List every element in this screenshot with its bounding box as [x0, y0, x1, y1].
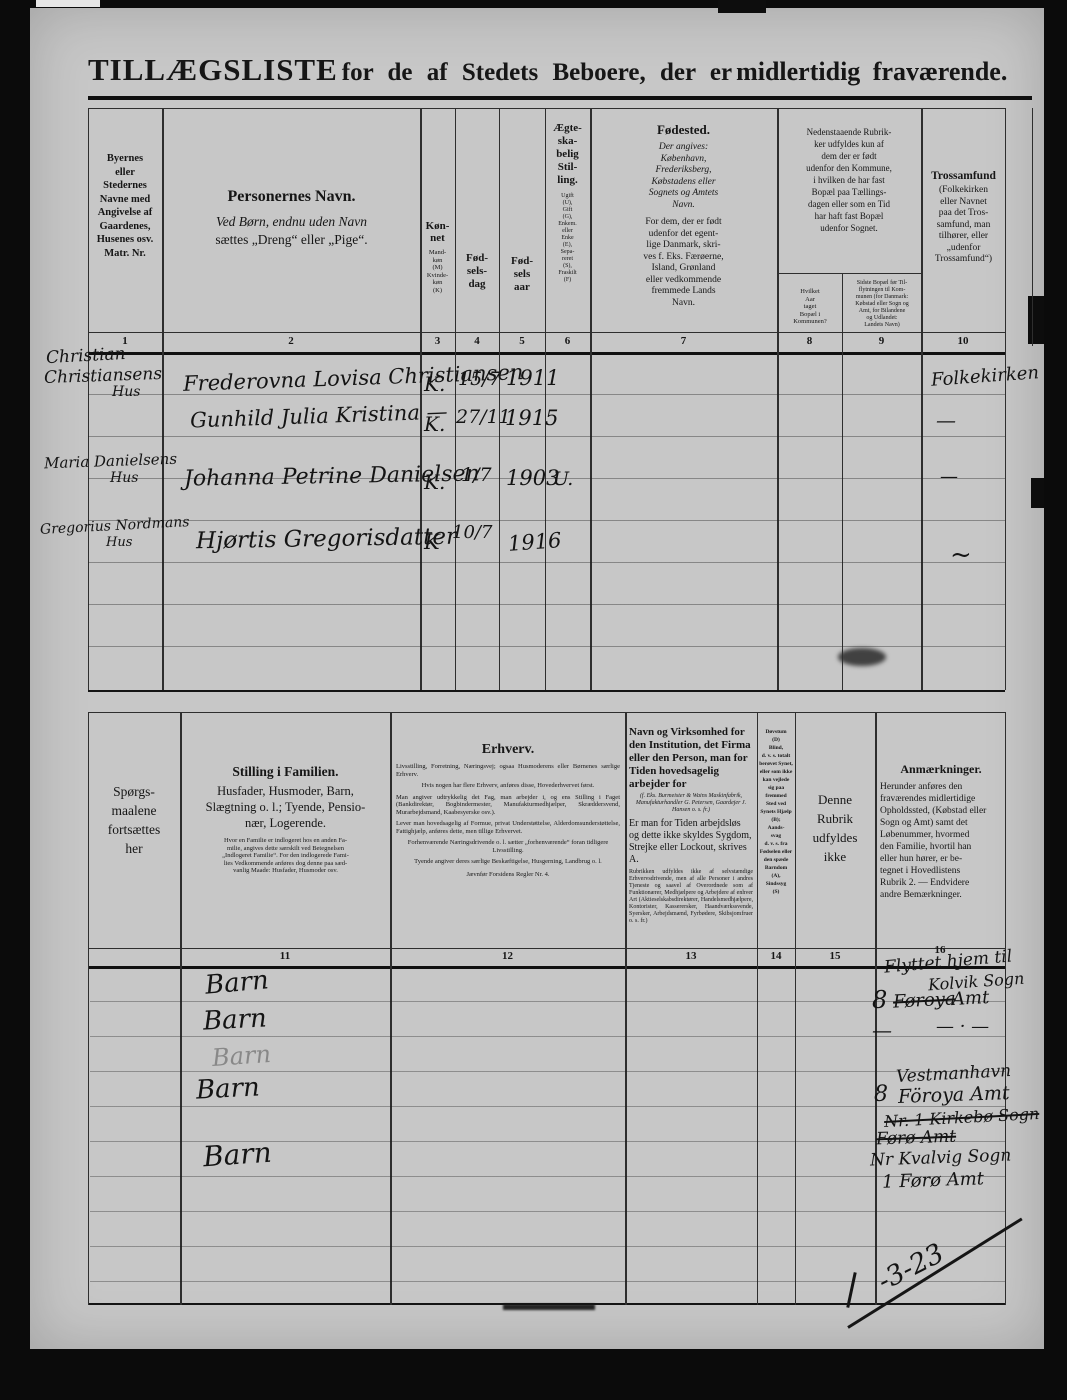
t1-colnum-2: 2 [162, 335, 420, 347]
entry-family-position: Barn [195, 1072, 260, 1105]
entry-birthday: 1/7 [461, 464, 492, 486]
entry-faith-ditto: — [936, 408, 956, 432]
t1-col7-header: Fødested. Der angives:København,Frederik… [592, 122, 775, 309]
t2-col11-sub: Husfader, Husmoder, Barn,Slægtning o. l.… [183, 783, 388, 831]
t1-col8-subheader: HvilketAartagetBopæl iKommunen? [780, 288, 840, 326]
t2-col16-body: Herunder anføres denfraværendes midlerti… [880, 781, 1002, 901]
title-underline [88, 96, 1032, 100]
t1-col6-header: Ægte-ska-beligStil-ling. Ugift(U),Gift(G… [546, 122, 589, 284]
page-title-main: TILLÆGSLISTE [88, 52, 338, 87]
entry-name: Hjørtis Gregorisdatter [196, 524, 457, 555]
grid-line [777, 273, 921, 274]
remark-number: 8 [872, 986, 887, 1014]
grid-line [88, 948, 1005, 949]
t1-col10-title: Trossamfund [924, 170, 1003, 182]
t2-col12-p5: Forhenværende Næringsdrivende o. l. sætt… [396, 839, 620, 854]
t2-col13-mid: Er man for Tiden arbejdsløs og dette ikk… [629, 818, 753, 866]
entry-place: Hus [112, 384, 140, 400]
entry-birthday: 27/11 [456, 406, 511, 428]
entry-sex: K [424, 530, 440, 554]
entry-faith-squiggle: ~ [950, 540, 972, 570]
entry-family-position: Barn [202, 1003, 267, 1036]
t1-col1-header: ByernesellerStedernesNavne medAngivelse … [90, 152, 160, 260]
t1-col2-sub1: Ved Børn, endnu uden Navn [165, 214, 418, 230]
t1-col2-sub2: sættes „Dreng“ eller „Pige“. [165, 232, 418, 248]
t1-col4-header: Fød-sels-dag [456, 252, 498, 291]
entry-place: Hus [106, 535, 132, 550]
t1-col9-subheader: Sidste Bopæl før Til-flytningen til Kom-… [845, 280, 919, 329]
grid-line [88, 690, 1005, 692]
t1-colnum-3: 3 [420, 335, 455, 347]
entry-family-position: Barn [204, 965, 270, 1000]
grid-line [1005, 108, 1006, 690]
grid-line [88, 712, 89, 1305]
t1-col7-title: Fødested. [592, 122, 775, 138]
entry-faith-ditto: — [940, 466, 958, 487]
t1-col3-title: Køn-net [421, 220, 454, 244]
t2-col13-header: Navn og Virksomhed for den Institution, … [629, 726, 753, 925]
entry-place: Christiansens [44, 364, 163, 388]
t1-col2-title: Personernes Navn. [165, 188, 418, 206]
t1-col10-header: Trossamfund (Folkekirkeneller Navnetpaa … [924, 170, 1003, 266]
scan-artifact [1028, 296, 1044, 344]
t1-col8-9-header: Nedenstaaende Rubrik-ker udfyldes kun af… [780, 126, 918, 234]
grid-line [88, 108, 1005, 109]
t2-col14-header: Døvstum(D)Blind,d. v. s. totaltberøvet S… [759, 728, 793, 896]
t2-col12-header: Erhverv. Livsstilling, Forretning, Nærin… [396, 742, 620, 878]
t2-colnum-15: 15 [795, 950, 875, 962]
entry-place: Hus [110, 470, 138, 486]
entry-birthday: 10/7 [452, 522, 492, 543]
remark-ditto: — [872, 1018, 892, 1042]
scan-artifact [1031, 478, 1044, 508]
t2-col11-title: Stilling i Familien. [183, 764, 388, 780]
entry-birthyear: 1911 [506, 366, 559, 390]
page-title: TILLÆGSLISTE for de af Stedets Beboere, … [88, 52, 1032, 88]
t2-colnum-14: 14 [757, 950, 795, 962]
grid-line [1005, 712, 1006, 1305]
ruled-lines-area [88, 353, 1005, 688]
t2-left-label: Spørgs-maalenefortsættesher [90, 782, 178, 858]
t1-col7-p2: For dem, der er fødtudenfor det egent-li… [592, 217, 775, 309]
t1-col2-header: Personernes Navn. Ved Børn, endnu uden N… [165, 188, 418, 248]
t2-col12-p4: Lever man hovedsagelig af Formue, privat… [396, 820, 620, 835]
t1-col10-sub: (Folkekirkeneller Navnetpaa det Tros-sam… [924, 185, 1003, 266]
entry-sex: K. [424, 372, 445, 396]
entry-birthday: 15/7 [458, 368, 501, 390]
t1-col6-sub: Ugift(U),Gift(G),Enkem.ellerEnke(E),Sepa… [546, 193, 589, 284]
t2-col12-p6: Tyende angiver deres særlige Beskæftigel… [396, 858, 620, 866]
entry-sex: K. [424, 470, 445, 494]
t1-colnum-4: 4 [455, 335, 499, 347]
t2-colnum-12: 12 [390, 950, 625, 962]
t2-col16-title: Anmærkninger. [880, 762, 1002, 777]
entry-birthyear: 1915 [505, 406, 558, 430]
t2-col13-fine2: Rubrikken udfyldes ikke af selvstændige … [629, 869, 753, 925]
remark-ditto: — · — [936, 1016, 989, 1037]
t1-col5-header: Fød-selsaar [500, 255, 544, 294]
t1-colnum-7: 7 [590, 335, 777, 347]
t1-col7-p1: Der angives:København,Frederiksberg,Købs… [592, 142, 775, 211]
grid-line [88, 712, 1005, 713]
entry-birthyear: 1916 [507, 528, 562, 556]
entry-birthyear: 1903 [506, 466, 559, 490]
scan-artifact [718, 0, 766, 13]
t2-col13-fine1: (f. Eks. Burmeister & Wains Maskinfabrik… [629, 793, 753, 814]
t1-col3-header: Køn-net Mand-køn(M)Kvinde-køn(K) [421, 220, 454, 294]
t2-col11-header: Stilling i Familien. Husfader, Husmoder,… [183, 764, 388, 875]
grid-line [88, 332, 1005, 333]
t2-colnum-11: 11 [180, 950, 390, 962]
entry-sex: K. [424, 412, 445, 436]
grid-line [1032, 108, 1033, 346]
remark-line: Föroya Amt [898, 1082, 1010, 1108]
t1-col6-title: Ægte-ska-beligStil-ling. [546, 122, 589, 187]
t2-col12-title: Erhverv. [396, 742, 620, 758]
t2-col12-p7: Jævnfør Forsidens Regler Nr. 4. [396, 871, 620, 879]
entry-family-position: Barn [202, 1136, 273, 1174]
t2-col13-lead: Navn og Virksomhed for den Institution, … [629, 726, 753, 791]
page-title-bold: midlertidig fraværende. [736, 57, 1007, 86]
remark-strikethrough: Føroya [892, 988, 956, 1012]
remark-line: Amt [951, 987, 989, 1010]
t2-col12-p1: Livsstilling, Forretning, Næringsvej; og… [396, 763, 620, 778]
page-title-mid: for de af Stedets Beboere, der er [342, 59, 732, 86]
t1-col3-sub: Mand-køn(M)Kvinde-køn(K) [421, 249, 454, 294]
t1-colnum-5: 5 [499, 335, 545, 347]
scan-artifact [36, 0, 100, 7]
t2-col12-p2: Hvis nogen har flere Erhverv, anføres di… [396, 782, 620, 790]
entry-place: Christian [46, 344, 127, 368]
grid-line [88, 1303, 1005, 1305]
t2-col11-fine: Hvor en Familie er indlogeret hos en and… [183, 837, 388, 875]
t1-colnum-8: 8 [777, 335, 842, 347]
t1-colnum-6: 6 [545, 335, 590, 347]
entry-family-position: Barn [211, 1040, 272, 1072]
t2-col12-p3: Man angiver udtrykkelig det Fag, man arb… [396, 794, 620, 817]
t2-col15-header: DenneRubrikudfyldesikke [797, 790, 873, 866]
t2-colnum-13: 13 [625, 950, 757, 962]
t1-colnum-9: 9 [842, 335, 921, 347]
t2-col16-header: Anmærkninger. Herunder anføres denfravær… [880, 762, 1002, 901]
remark-number: 8 [874, 1082, 888, 1107]
entry-status: U. [553, 468, 573, 490]
remark-line: 1 Førø Amt [882, 1168, 985, 1193]
remark-strikethrough: Førø Amt [876, 1127, 957, 1150]
t1-colnum-10: 10 [921, 335, 1005, 347]
scanned-census-page: { "page": { "title_main": "TILLÆGSLISTE"… [0, 0, 1067, 1400]
